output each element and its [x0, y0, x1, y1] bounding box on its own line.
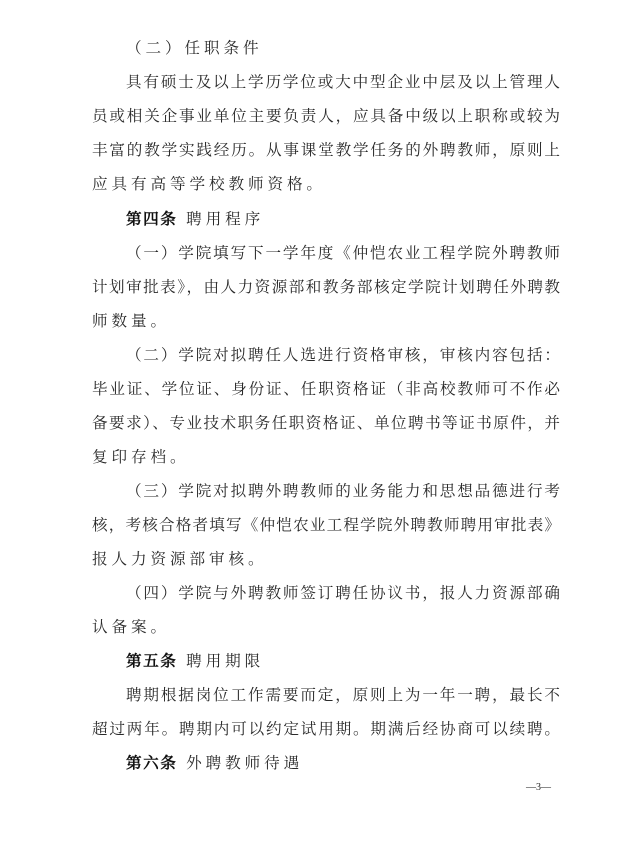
article-heading: 第五条 聘用期限: [126, 644, 560, 678]
paragraph-line: （二）学院对拟聘任人选进行资格审核，审核内容包括：: [126, 338, 560, 372]
paragraph-line: （一）学院填写下一学年度《仲恺农业工程学院外聘教师: [126, 236, 560, 270]
article-heading: 第四条 聘用程序: [126, 202, 560, 236]
paragraph-line: 员或相关企事业单位主要负责人，应具备中级以上职称或较为: [92, 99, 560, 133]
paragraph-line: 应具有高等学校教师资格。: [92, 167, 560, 201]
article-title: 聘用程序: [186, 210, 264, 228]
paragraph-line: 核，考核合格者填写《仲恺农业工程学院外聘教师聘用审批表》: [92, 508, 560, 542]
article-title: 外聘教师待遇: [186, 754, 303, 772]
paragraph-line: 具有硕士及以上学历学位或大中型企业中层及以上管理人: [126, 65, 560, 99]
article-number: 第四条: [126, 209, 177, 228]
paragraph-line: 复印存档。: [92, 440, 560, 474]
paragraph-line: 备要求）、专业技术职务任职资格证、单位聘书等证书原件，并: [92, 406, 560, 440]
article-number: 第五条: [126, 651, 177, 670]
page-number: —3—: [526, 782, 551, 793]
paragraph-line: 丰富的教学实践经历。从事课堂教学任务的外聘教师，原则上: [92, 133, 560, 167]
paragraph-line: 认备案。: [92, 610, 560, 644]
paragraph-line: 聘期根据岗位工作需要而定，原则上为一年一聘，最长不: [126, 678, 560, 712]
paragraph-line: 报人力资源部审核。: [92, 542, 560, 576]
paragraph-line: 毕业证、学位证、身份证、任职资格证（非高校教师可不作必: [92, 372, 560, 406]
paragraph-line: （四）学院与外聘教师签订聘任协议书，报人力资源部确: [126, 576, 560, 610]
paragraph-line: 计划审批表》，由人力资源部和教务部核定学院计划聘任外聘教: [92, 270, 560, 304]
article-title: 聘用期限: [186, 652, 264, 670]
subsection-heading: （二）任职条件: [126, 31, 560, 65]
article-number: 第六条: [126, 753, 177, 772]
paragraph-line: 超过两年。聘期内可以约定试用期。期满后经协商可以续聘。: [92, 712, 560, 746]
paragraph-line: （三）学院对拟聘外聘教师的业务能力和思想品德进行考: [126, 474, 560, 508]
article-heading: 第六条 外聘教师待遇: [126, 746, 560, 780]
paragraph-line: 师数量。: [92, 304, 560, 338]
